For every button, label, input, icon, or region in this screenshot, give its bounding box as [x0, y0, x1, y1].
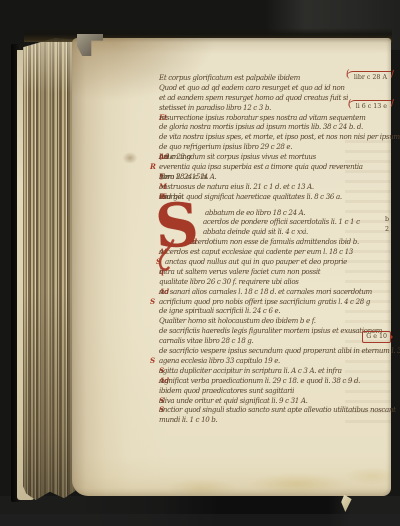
- manuscript-page: Et corpus glorificatum est palpabile ibi…: [72, 38, 391, 496]
- ink-text: sic sanari alios carnales l. 18 c 18 d. …: [159, 287, 372, 297]
- manuscript-line: de sacrificiis haeredis legis figuralite…: [159, 326, 389, 336]
- ink-text: carnalis vitae libro 28 c 18 g.: [159, 336, 253, 346]
- manuscript-line: de quo refrigerium ipsius libro 29 c 28 …: [159, 142, 389, 152]
- manuscript-line: Sanctior quod singuli studio sancto sunt…: [159, 405, 389, 415]
- ink-text: l. 9 c 22 g: [159, 152, 191, 162]
- rubric-text: S: [150, 356, 156, 366]
- ink-text: acrificium quod pro nobis offert ipse sa…: [159, 297, 370, 307]
- manuscript-line: stetisset in paradiso libro 12 c 3 b.li …: [159, 103, 389, 113]
- margin-note: libr c 28 A: [346, 71, 391, 83]
- margin-note: 2: [383, 225, 391, 237]
- manuscript-line: de igne spirituali sacrificii li. 24 c 6…: [159, 306, 389, 316]
- manuscript-line: Sagena ecclesia libro 33 capitulo 19 e.: [159, 356, 389, 366]
- ink-text: de vita nostra ipsius spes, et morte, et…: [159, 132, 400, 142]
- ink-text: Qualiter homo sit holocaustum deo ibidem…: [159, 316, 316, 326]
- ink-text: mundi li. 1 c 10 b.: [159, 415, 217, 425]
- manuscript-line: carnalis vitae libro 28 c 18 g.G e 10: [159, 336, 389, 346]
- manuscript-line: Saliva unde oritur et quid significat li…: [159, 396, 389, 406]
- manuscript-line: Sagitta dupliciter accipitur in scriptur…: [159, 366, 389, 376]
- initial-tail-flourish: [153, 238, 179, 273]
- manuscript-line: de vita nostra ipsius spes, et morte, et…: [159, 132, 389, 142]
- manuscript-line: Reverentia quia ipsa superbia est a timo…: [159, 162, 389, 172]
- ink-text: ibidem quod praedicatores sunt sagittari…: [159, 386, 294, 396]
- illuminated-initial-S: S: [154, 195, 210, 284]
- ink-text: everentia quia ipsa superbia est a timor…: [159, 162, 363, 172]
- ink-text: acerdos de pondere officii sacerdotalis …: [203, 217, 360, 227]
- ink-text: resurrectione ipsius roboratur spes nost…: [159, 113, 366, 123]
- margin-note: li 6 c 13 e: [348, 100, 391, 112]
- rubric-text: R: [150, 162, 157, 172]
- ink-text: et ad eandem spem resurget homo ad quod …: [159, 93, 348, 103]
- ink-text: abbata deinde quid sit li. 4 c xxi.: [203, 227, 308, 237]
- ink-text: anctior quod singuli studio sancto sunt …: [159, 405, 396, 415]
- manuscript-line: Et corpus glorificatum est palpabile ibi…: [159, 73, 389, 83]
- rubric-text: S: [150, 297, 156, 307]
- margin-note: G e 10: [362, 331, 391, 343]
- backdrop-bottom-edge: [0, 514, 400, 526]
- manuscript-line: Ad unum modum sit corpus ipsius vivus et…: [159, 152, 389, 162]
- ink-text: de sacrificiis haeredis legis figuralite…: [159, 326, 382, 336]
- manuscript-line: Et resurrectione ipsius roboratur spes n…: [159, 113, 389, 123]
- ink-text: de quo refrigerium ipsius libro 29 c 28 …: [159, 142, 292, 152]
- manuscript-photo: Et corpus glorificatum est palpabile ibi…: [0, 0, 400, 526]
- ink-text: agitta dupliciter accipitur in scriptura…: [159, 366, 342, 376]
- manuscript-line: Ad sic sanari alios carnales l. 18 c 18 …: [159, 287, 389, 297]
- manuscript-line: ibidem quod praedicatores sunt sagittari…: [159, 386, 389, 396]
- manuscript-line: de sacrificio vespere ipsius secundum qu…: [159, 346, 389, 356]
- ink-text: de gloria nostra mortis ipsius ad ipsum …: [159, 122, 363, 132]
- manuscript-line: de gloria nostra mortis ipsius ad ipsum …: [159, 122, 389, 132]
- ink-text: de igne spirituali sacrificii li. 24 c 6…: [159, 306, 280, 316]
- ink-text: Quod et quo ad qd eadem caro resurget et…: [159, 83, 345, 93]
- manuscript-line: Ad significat verba praedicationum li. 2…: [159, 376, 389, 386]
- ink-text: agena ecclesia libro 33 capitulo 19 e.: [159, 356, 280, 366]
- ink-text: abbatum de eo libro 18 c 24 A.: [205, 208, 305, 218]
- ink-text: aliva unde oritur et quid significat li.…: [159, 396, 308, 406]
- ink-text: significat verba praedicationum li. 29 c…: [159, 376, 360, 386]
- ink-text: de sacrificio vespere ipsius secundum qu…: [159, 346, 400, 356]
- manuscript-line: mundi li. 1 c 10 b.: [159, 415, 389, 425]
- manuscript-line: Quod et quo ad qd eadem caro resurget et…: [159, 83, 389, 93]
- manuscript-line: Sacrificium quod pro nobis offert ipse s…: [159, 297, 389, 307]
- manuscript-line: libro 28 c 15 b. ¶ Item li. 24 c 14 A.: [159, 172, 389, 182]
- ink-text: sacerdotium non esse de famulis admitten…: [187, 237, 359, 247]
- manuscript-line: Qualiter homo sit holocaustum deo ibidem…: [159, 316, 389, 326]
- ink-text: Et corpus glorificatum est palpabile ibi…: [159, 73, 300, 83]
- ink-text: stetisset in paradiso libro 12 c 3 b.: [159, 103, 271, 113]
- ink-text: Item li. 24 c 14 A.: [159, 172, 216, 182]
